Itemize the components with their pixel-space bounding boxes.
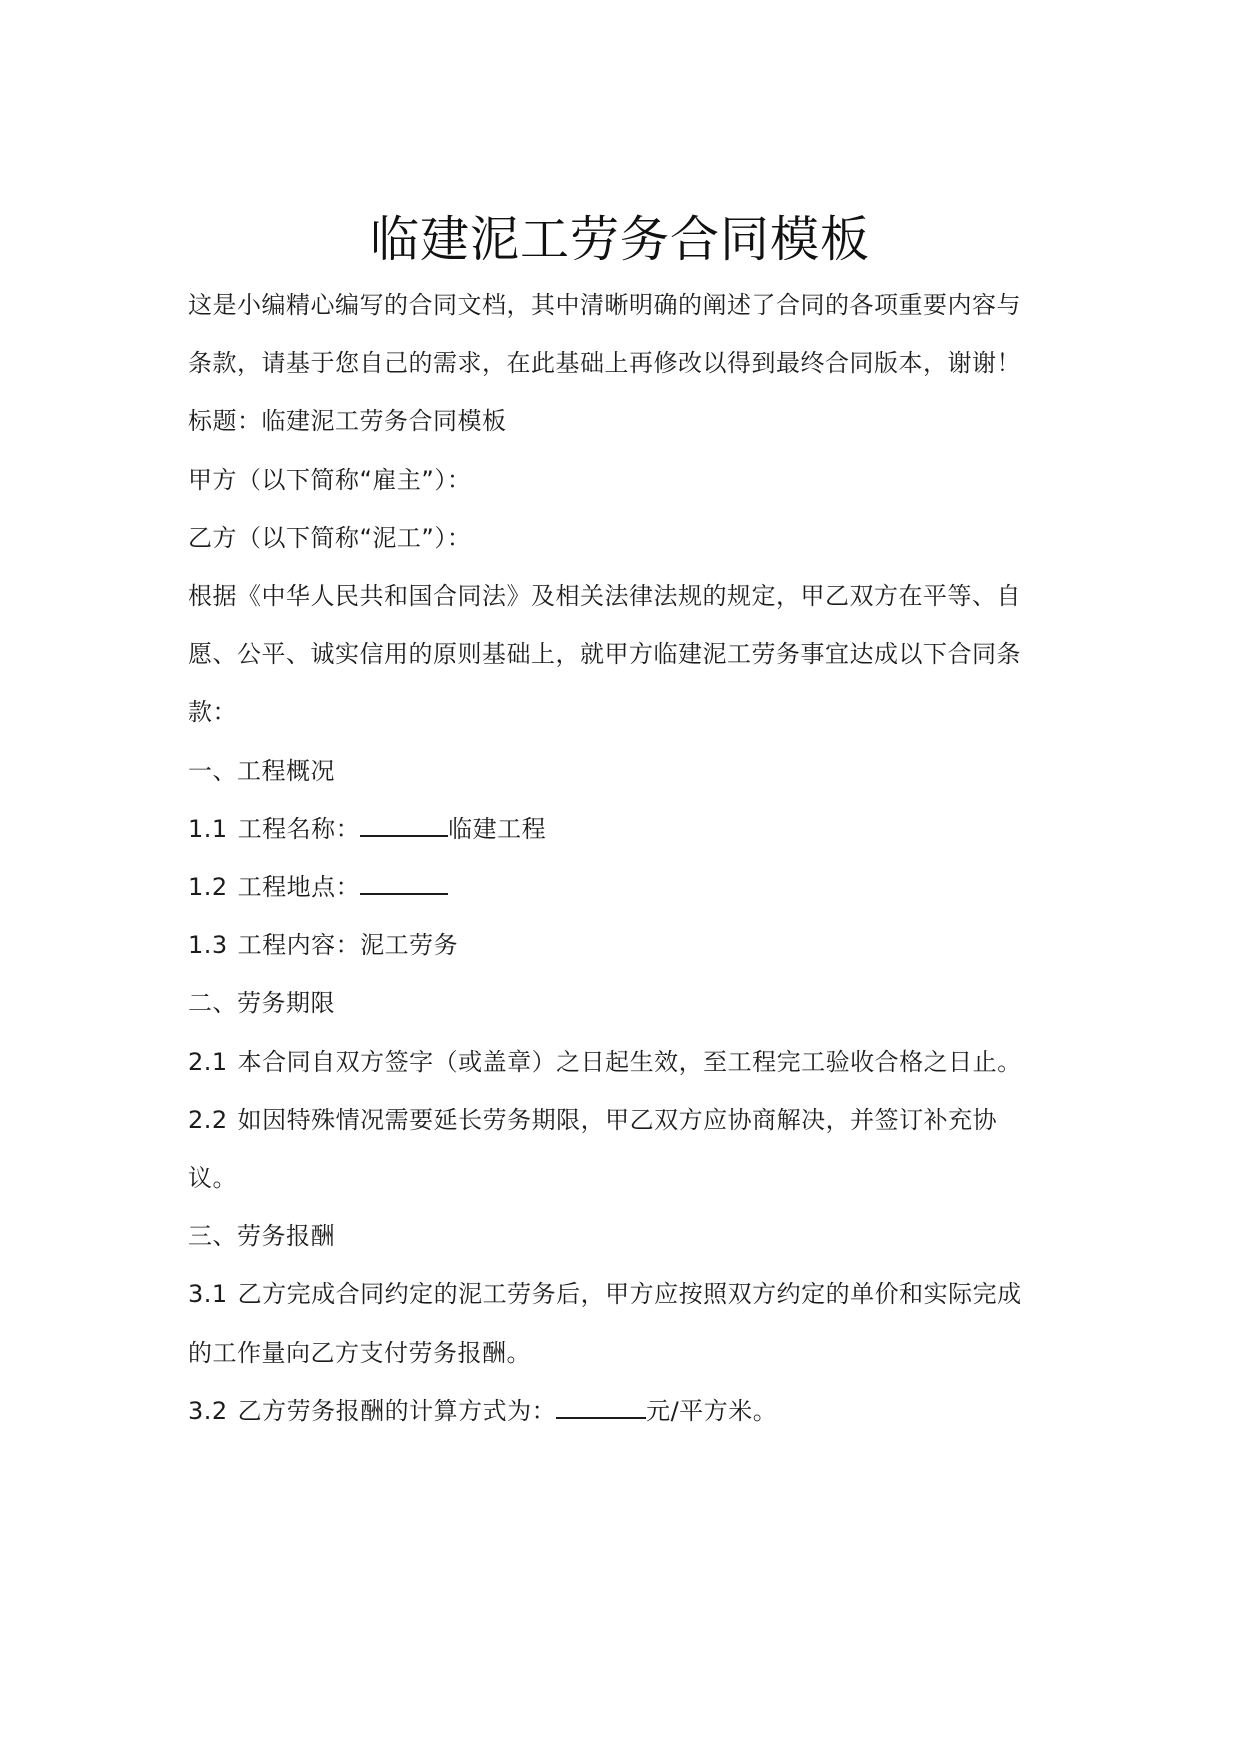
clause-number: 3.2 <box>188 1382 228 1440</box>
clause-2-2-line-1: 2.2如因特殊情况需要延长劳务期限，甲乙双方应协商解决，并签订补充协 <box>188 1091 1058 1149</box>
document-body: 这是小编精心编写的合同文档，其中清晰明确的阐述了合同的各项重要内容与 条款，请基… <box>188 276 1058 1440</box>
clause-1-1: 1.1工程名称：临建工程 <box>188 800 1058 858</box>
clause-number: 1.2 <box>188 858 228 916</box>
clause-label: 工程内容：泥工劳务 <box>238 931 459 959</box>
clause-2-1: 2.1本合同自双方签字（或盖章）之日起生效，至工程完工验收合格之日止。 <box>188 1033 1058 1091</box>
clause-text: 本合同自双方签字（或盖章）之日起生效，至工程完工验收合格之日止。 <box>238 1048 1022 1076</box>
clause-3-2: 3.2乙方劳务报酬的计算方式为：元/平方米。 <box>188 1382 1058 1440</box>
fill-in-blank-unit-price[interactable] <box>556 1395 646 1419</box>
clause-suffix: 临建工程 <box>448 815 546 843</box>
clause-3-1-line-2: 的工作量向乙方支付劳务报酬。 <box>188 1324 1058 1382</box>
intro-line-2: 条款，请基于您自己的需求，在此基础上再修改以得到最终合同版本，谢谢！ <box>188 334 1058 392</box>
intro-line-1: 这是小编精心编写的合同文档，其中清晰明确的阐述了合同的各项重要内容与 <box>188 276 1058 334</box>
section-heading-2: 二、劳务期限 <box>188 974 1058 1032</box>
fill-in-blank-project-location[interactable] <box>360 871 448 895</box>
clause-1-3: 1.3工程内容：泥工劳务 <box>188 916 1058 974</box>
clause-number: 1.1 <box>188 800 228 858</box>
clause-number: 1.3 <box>188 916 228 974</box>
clause-3-1-line-1: 3.1乙方完成合同约定的泥工劳务后，甲方应按照双方约定的单价和实际完成 <box>188 1265 1058 1323</box>
clause-2-2-line-2: 议。 <box>188 1149 1058 1207</box>
preamble-line-3: 款： <box>188 683 1058 741</box>
title-line: 标题：临建泥工劳务合同模板 <box>188 392 1058 450</box>
clause-label: 工程名称： <box>238 815 361 843</box>
clause-number: 2.1 <box>188 1033 228 1091</box>
clause-label: 工程地点： <box>238 873 361 901</box>
preamble-line-2: 愿、公平、诚实信用的原则基础上，就甲方临建泥工劳务事宜达成以下合同条 <box>188 625 1058 683</box>
document-page: 临建泥工劳务合同模板 这是小编精心编写的合同文档，其中清晰明确的阐述了合同的各项… <box>0 0 1240 1753</box>
clause-text: 乙方完成合同约定的泥工劳务后，甲方应按照双方约定的单价和实际完成 <box>238 1280 1022 1308</box>
clause-1-2: 1.2工程地点： <box>188 858 1058 916</box>
clause-label: 乙方劳务报酬的计算方式为： <box>238 1397 557 1425</box>
clause-number: 2.2 <box>188 1091 228 1149</box>
fill-in-blank-project-name[interactable] <box>360 813 448 837</box>
document-title: 临建泥工劳务合同模板 <box>0 208 1240 272</box>
party-b-line: 乙方（以下简称“泥工”）： <box>188 509 1058 567</box>
clause-number: 3.1 <box>188 1265 228 1323</box>
clause-suffix: 元/平方米。 <box>646 1397 777 1425</box>
party-a-line: 甲方（以下简称“雇主”）： <box>188 451 1058 509</box>
preamble-line-1: 根据《中华人民共和国合同法》及相关法律法规的规定，甲乙双方在平等、自 <box>188 567 1058 625</box>
section-heading-3: 三、劳务报酬 <box>188 1207 1058 1265</box>
section-heading-1: 一、工程概况 <box>188 742 1058 800</box>
clause-text: 如因特殊情况需要延长劳务期限，甲乙双方应协商解决，并签订补充协 <box>238 1106 998 1134</box>
